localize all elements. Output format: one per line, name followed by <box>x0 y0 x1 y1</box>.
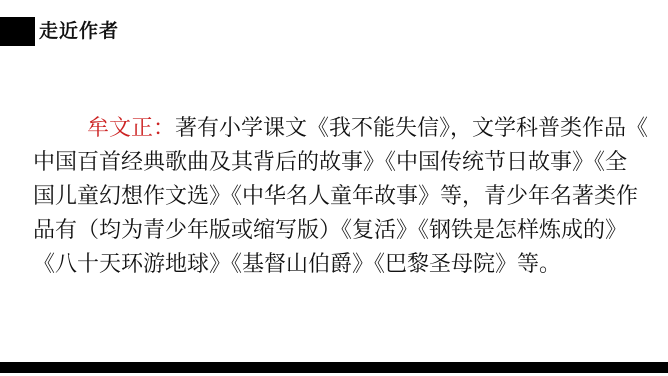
paragraph-line-4: 品有（均为青少年版或缩写版）《复活》《钢铁是怎样炼成的》 <box>33 213 649 247</box>
slide: 走近作者 牟文正：著有小学课文《我不能失信》，文学科普类作品《 中国百首经典歌曲… <box>0 0 668 376</box>
bottom-bar <box>0 362 668 373</box>
author-name: 牟文正： <box>87 115 175 140</box>
paragraph-line-1: 牟文正：著有小学课文《我不能失信》，文学科普类作品《 <box>33 111 649 145</box>
author-intro-paragraph: 牟文正：著有小学课文《我不能失信》，文学科普类作品《 中国百首经典歌曲及其背后的… <box>33 111 649 281</box>
slide-title: 走近作者 <box>39 19 119 44</box>
paragraph-line-5: 《八十天环游地球》《基督山伯爵》《巴黎圣母院》等。 <box>33 247 649 281</box>
paragraph-line-3: 国儿童幻想作文选》《中华名人童年故事》等，青少年名著类作 <box>33 179 649 213</box>
paragraph-line-2: 中国百首经典歌曲及其背后的故事》《中国传统节日故事》《全 <box>33 145 649 179</box>
paragraph-line-1-text: 著有小学课文《我不能失信》，文学科普类作品《 <box>175 115 648 140</box>
title-accent-block <box>0 17 35 46</box>
